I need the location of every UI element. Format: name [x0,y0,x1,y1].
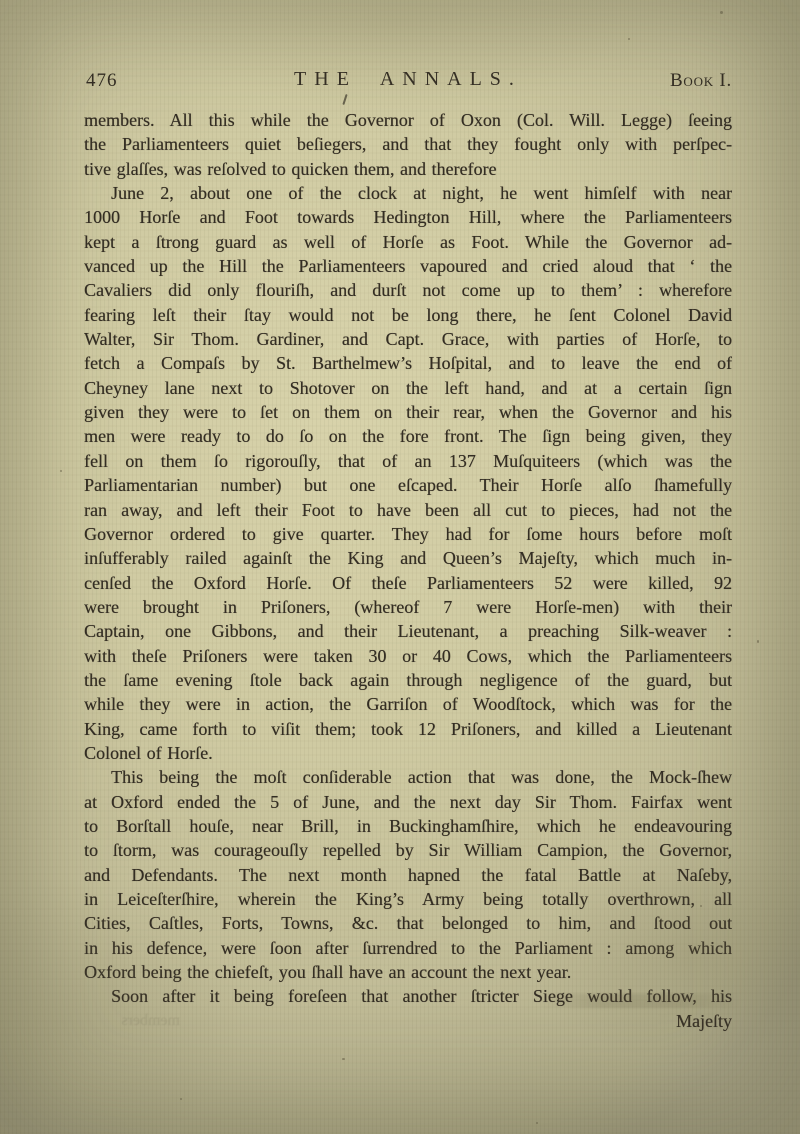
paper-speck [757,640,759,643]
text-line: Cities, Caſtles, Forts, Towns, &c. that … [84,911,732,935]
paper-speck [700,905,702,907]
text-line: while they were in action, the Garriſon … [84,692,732,716]
text-line: fetch a Compaſs by St. Barthelmew’s Hoſp… [84,351,732,375]
text-line: were brought in Priſoners, (whereof 7 we… [84,595,732,619]
text-line: This being the moſt conſiderable action … [84,765,732,789]
text-line: King, came forth to viſit them; took 12 … [84,717,732,741]
text-line: Walter, Sir Thom. Gardiner, and Capt. Gr… [84,327,732,351]
text-line: in Leiceſterſhire, wherein the King’s Ar… [84,887,732,911]
text-line: at Oxford ended the 5 of June, and the n… [84,790,732,814]
text-line: tive glaſſes, was reſolved to quicken th… [84,157,732,181]
paper-speck [536,1122,538,1124]
paper-speck [180,1098,182,1100]
text-line: fell on them ſo rigorouſly, that of an 1… [84,449,732,473]
running-title: THE ANNALS. [84,68,732,91]
text-line: vanced up the Hill the Parliamenteers va… [84,254,732,278]
book-page-scan: 476 THE ANNALS. Book I. members. All thi… [0,0,800,1134]
text-line: the ſame evening ſtole back again throug… [84,668,732,692]
body-text: members. All this while the Governor of … [84,108,732,1033]
text-line: men were ready to do ſo on the fore fron… [84,424,732,448]
text-line: ran away, and left their Foot to have be… [84,498,732,522]
book-label: Book I. [670,70,732,92]
text-line: Cavaliers did only flouriſh, and durſt n… [84,278,732,302]
show-through-smear [540,994,740,1008]
text-line: with theſe Priſoners were taken 30 or 40… [84,644,732,668]
text-line: inſufferably railed againſt the King and… [84,546,732,570]
text-line: kept a ſtrong guard as well of Horſe as … [84,230,732,254]
catchword: Majeſty [84,1009,732,1033]
text-line: in his defence, were ſoon after ſurrendr… [84,936,732,960]
text-line: Governor ordered to give quarter. They h… [84,522,732,546]
text-line: the Parliamenteers quiet beſiegers, and … [84,132,732,156]
text-line: fearing leſt their ſtay would not be lon… [84,303,732,327]
running-header: 476 THE ANNALS. Book I. [84,68,732,94]
show-through-ghost-text: members [70,1012,180,1030]
text-line: Oxford being the chiefeſt, you ſhall hav… [84,960,732,984]
text-line: cenſed the Oxford Horſe. Of theſe Parlia… [84,571,732,595]
text-line: to ſtorm, was courageouſly repelled by S… [84,838,732,862]
text-line: June 2, about one of the clock at night,… [84,181,732,205]
text-line: to Borſtall houſe, near Brill, in Buckin… [84,814,732,838]
paper-speck [720,11,723,14]
text-line: Parliamentarian number) but one eſcaped.… [84,473,732,497]
text-line: members. All this while the Governor of … [84,108,732,132]
paper-speck [628,38,630,40]
paper-speck [342,1058,345,1060]
text-line: Captain, one Gibbons, and their Lieutena… [84,619,732,643]
text-line: given they were to ſet on them on their … [84,400,732,424]
text-line: and Defendants. The next month hapned th… [84,863,732,887]
paper-speck [60,470,62,472]
stray-ink-mark [342,94,347,105]
text-line: 1000 Horſe and Foot towards Hedington Hi… [84,205,732,229]
text-line: Cheyney lane next to Shotover on the lef… [84,376,732,400]
text-line: Colonel of Horſe. [84,741,732,765]
